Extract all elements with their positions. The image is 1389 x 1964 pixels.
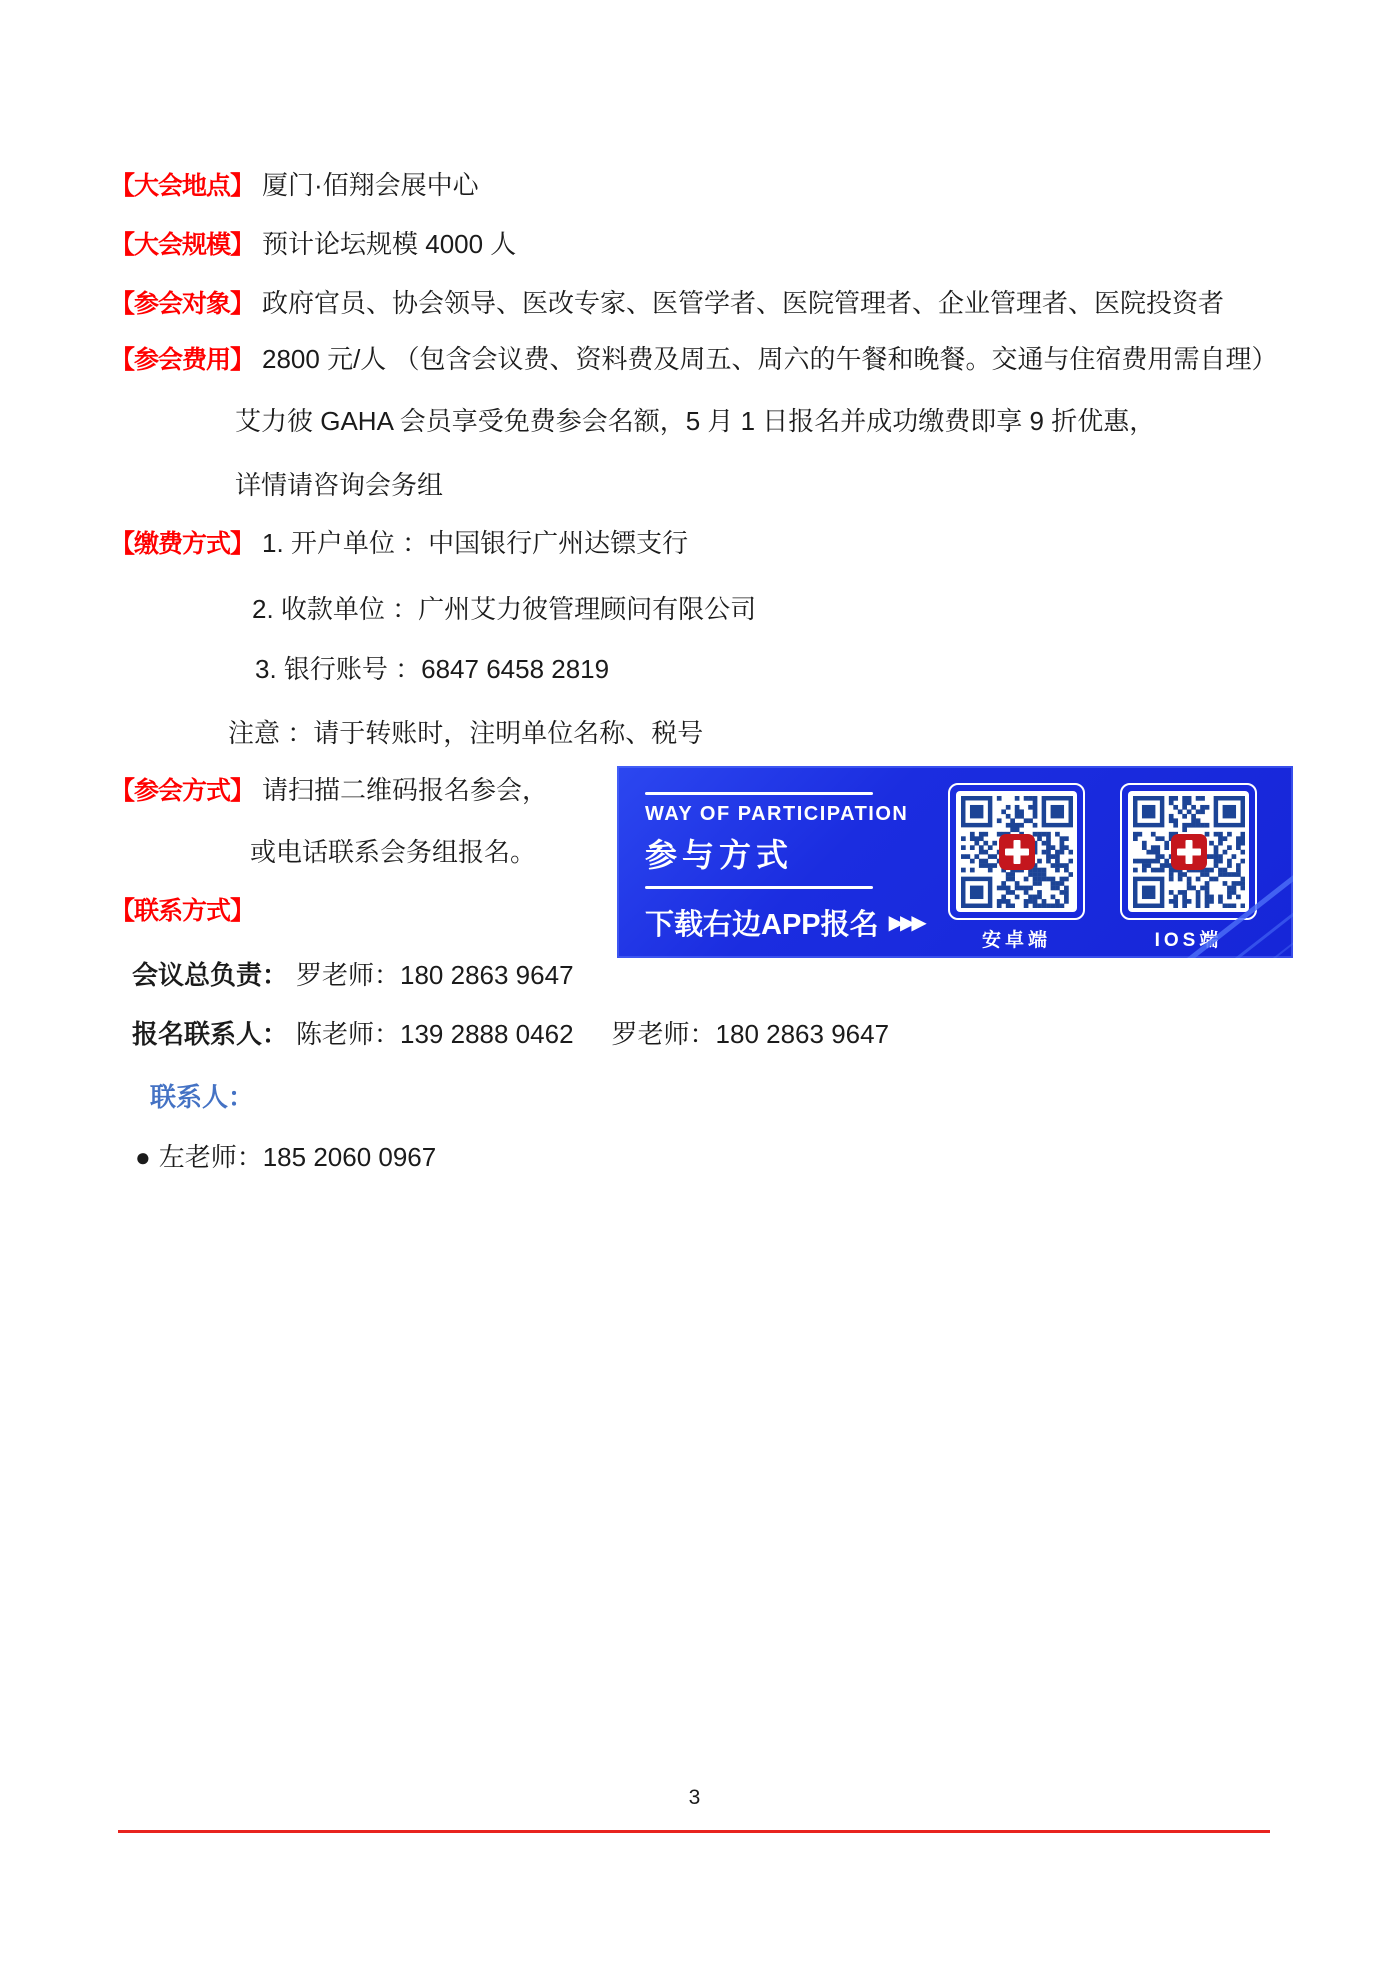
contact-reg-value-2: 罗老师：180 2863 9647 (612, 1017, 890, 1051)
payment-note-text: 注意 ：请于转账时，注明单位名称、税号 (228, 716, 703, 750)
scale-text: 预计论坛规模 4000 人 (262, 227, 516, 261)
payment-row-2: 2. 收款单位 ：广州艾力彼管理顾问有限公司 (252, 592, 756, 626)
contact-label: 【联系方式】 (110, 894, 254, 928)
footer-rule (118, 1830, 1270, 1833)
payment-label: 【缴费方式】 (110, 527, 254, 561)
banner-divider-top (645, 792, 873, 795)
contact-reg-label: 报名联系人： (132, 1017, 288, 1051)
fee-text: 2800 元/人 （包含会议费、资料费及周五、周六的午餐和晚餐。交通与住宿费用需… (262, 342, 1278, 376)
qr-ios-label: IOS端 (1120, 925, 1257, 952)
participation-row-2: 或电话联系会务组报名。 (250, 835, 536, 869)
contacts-subheader-row: 联系人： (150, 1080, 254, 1114)
contact-header-row: 【联系方式】 (110, 894, 254, 928)
participation-row: 【参会方式】 请扫描二维码报名参会， (110, 773, 548, 808)
payment-payee-text: 2. 收款单位 ：广州艾力彼管理顾问有限公司 (252, 592, 756, 626)
contact-zuo-value: 左老师：185 2060 0967 (159, 1140, 437, 1174)
contact-lead-label: 会议总负责： (132, 958, 288, 992)
banner-text-block: WAY OF PARTICIPATION 参与方式 下载右边APP报名 ▶▶▶ (645, 792, 925, 943)
qr-group-ios: IOS端 (1120, 783, 1257, 952)
participation-phone-text: 或电话联系会务组报名。 (250, 835, 536, 869)
venue-row: 【大会地点】 厦门·佰翔会展中心 (110, 168, 479, 203)
fee-inquiry-text: 详情请咨询会务组 (235, 468, 443, 502)
scale-label: 【大会规模】 (110, 228, 254, 262)
participation-scan-text: 请扫描二维码报名参会， (262, 773, 548, 807)
contact-lead-row: 会议总负责： 罗老师：180 2863 9647 (132, 958, 574, 992)
fee-row-3: 详情请咨询会务组 (235, 468, 443, 502)
payment-note-row: 注意 ：请于转账时，注明单位名称、税号 (228, 716, 703, 750)
qr-android-label: 安卓端 (948, 925, 1085, 952)
participation-banner: WAY OF PARTICIPATION 参与方式 下载右边APP报名 ▶▶▶ … (617, 766, 1293, 958)
participation-label: 【参会方式】 (110, 774, 254, 808)
payment-row-3: 3. 银行账号 ：6847 6458 2819 (255, 652, 609, 686)
document-page: 【大会地点】 厦门·佰翔会展中心 【大会规模】 预计论坛规模 4000 人 【参… (0, 0, 1389, 1964)
triple-arrow-icon: ▶▶▶ (889, 910, 923, 935)
qr-center-logo-icon (999, 834, 1035, 870)
contacts-subheader-label: 联系人： (150, 1080, 254, 1114)
payment-row: 【缴费方式】 1. 开户单位 ：中国银行广州达镖支行 (110, 526, 688, 561)
fee-row: 【参会费用】 2800 元/人 （包含会议费、资料费及周五、周六的午餐和晚餐。交… (110, 342, 1278, 377)
fee-member-text: 艾力彼 GAHA 会员享受免费参会名额，5 月 1 日报名并成功缴费即享 9 折… (235, 404, 1155, 438)
fee-row-2: 艾力彼 GAHA 会员享受免费参会名额，5 月 1 日报名并成功缴费即享 9 折… (235, 404, 1155, 438)
qr-code-ios (1120, 783, 1257, 920)
qr-code-android (948, 783, 1085, 920)
venue-text: 厦门·佰翔会展中心 (262, 168, 479, 202)
banner-download-row: 下载右边APP报名 ▶▶▶ (645, 902, 925, 943)
contact-lead-value: 罗老师：180 2863 9647 (296, 958, 574, 992)
qr-group-android: 安卓端 (948, 783, 1085, 952)
banner-download-text: 下载右边APP报名 (645, 902, 879, 943)
venue-label: 【大会地点】 (110, 169, 254, 203)
page-number: 3 (0, 1786, 1389, 1810)
qr-android-background (956, 791, 1077, 912)
fee-label: 【参会费用】 (110, 343, 254, 377)
payment-bank-text: 1. 开户单位 ：中国银行广州达镖支行 (262, 526, 688, 560)
audience-text: 政府官员、协会领导、医改专家、医管学者、医院管理者、企业管理者、医院投资者 (262, 286, 1224, 320)
bullet-icon: ● (135, 1140, 151, 1174)
contact-reg-value-1: 陈老师：139 2888 0462 (296, 1017, 574, 1051)
banner-title-en: WAY OF PARTICIPATION (645, 803, 925, 826)
qr-ios-background (1128, 791, 1249, 912)
scale-row: 【大会规模】 预计论坛规模 4000 人 (110, 227, 516, 262)
audience-row: 【参会对象】 政府官员、协会领导、医改专家、医管学者、医院管理者、企业管理者、医… (110, 286, 1224, 321)
contact-bullet-row: ● 左老师：185 2060 0967 (135, 1140, 436, 1174)
contact-registration-row: 报名联系人： 陈老师：139 2888 0462 罗老师：180 2863 96… (132, 1017, 889, 1051)
banner-title-zh: 参与方式 (645, 830, 925, 876)
payment-account-text: 3. 银行账号 ：6847 6458 2819 (255, 652, 609, 686)
banner-divider-bottom (645, 886, 873, 889)
audience-label: 【参会对象】 (110, 287, 254, 321)
qr-center-logo-icon (1171, 834, 1207, 870)
